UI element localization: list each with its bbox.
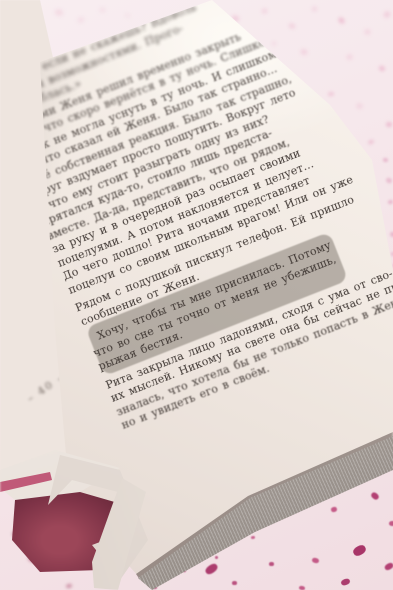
speckle	[312, 7, 317, 11]
book-photo-scene: не спеша возвраму оказалосьлутка, у меня…	[0, 0, 393, 590]
speckle	[288, 23, 295, 29]
speckle	[269, 562, 274, 566]
speckle	[262, 8, 268, 13]
speckle	[125, 13, 131, 18]
speckle	[389, 521, 393, 526]
speckle	[378, 65, 386, 72]
speckle	[301, 49, 308, 54]
speckle	[367, 139, 374, 145]
speckle	[386, 122, 392, 127]
speckle	[272, 42, 276, 45]
speckle	[340, 578, 351, 587]
speckle	[54, 9, 63, 16]
speckle	[389, 231, 393, 238]
speckle	[311, 557, 319, 564]
speckle	[299, 586, 306, 590]
speckle	[204, 562, 219, 576]
speckle	[352, 543, 368, 557]
speckle	[370, 491, 380, 501]
speckle	[251, 536, 255, 540]
speckle	[365, 30, 371, 35]
speckle	[66, 583, 73, 588]
speckle	[215, 556, 218, 559]
speckle	[384, 562, 393, 572]
speckle	[78, 18, 85, 23]
speckle	[357, 103, 363, 108]
speckle	[328, 92, 335, 97]
speckle	[385, 177, 393, 184]
speckle	[330, 506, 337, 512]
speckle	[388, 199, 393, 204]
speckle	[100, 8, 105, 12]
speckle	[383, 11, 391, 18]
speckle	[232, 581, 237, 585]
speckle	[337, 16, 345, 24]
speckle	[346, 54, 352, 59]
speckle	[383, 158, 389, 163]
